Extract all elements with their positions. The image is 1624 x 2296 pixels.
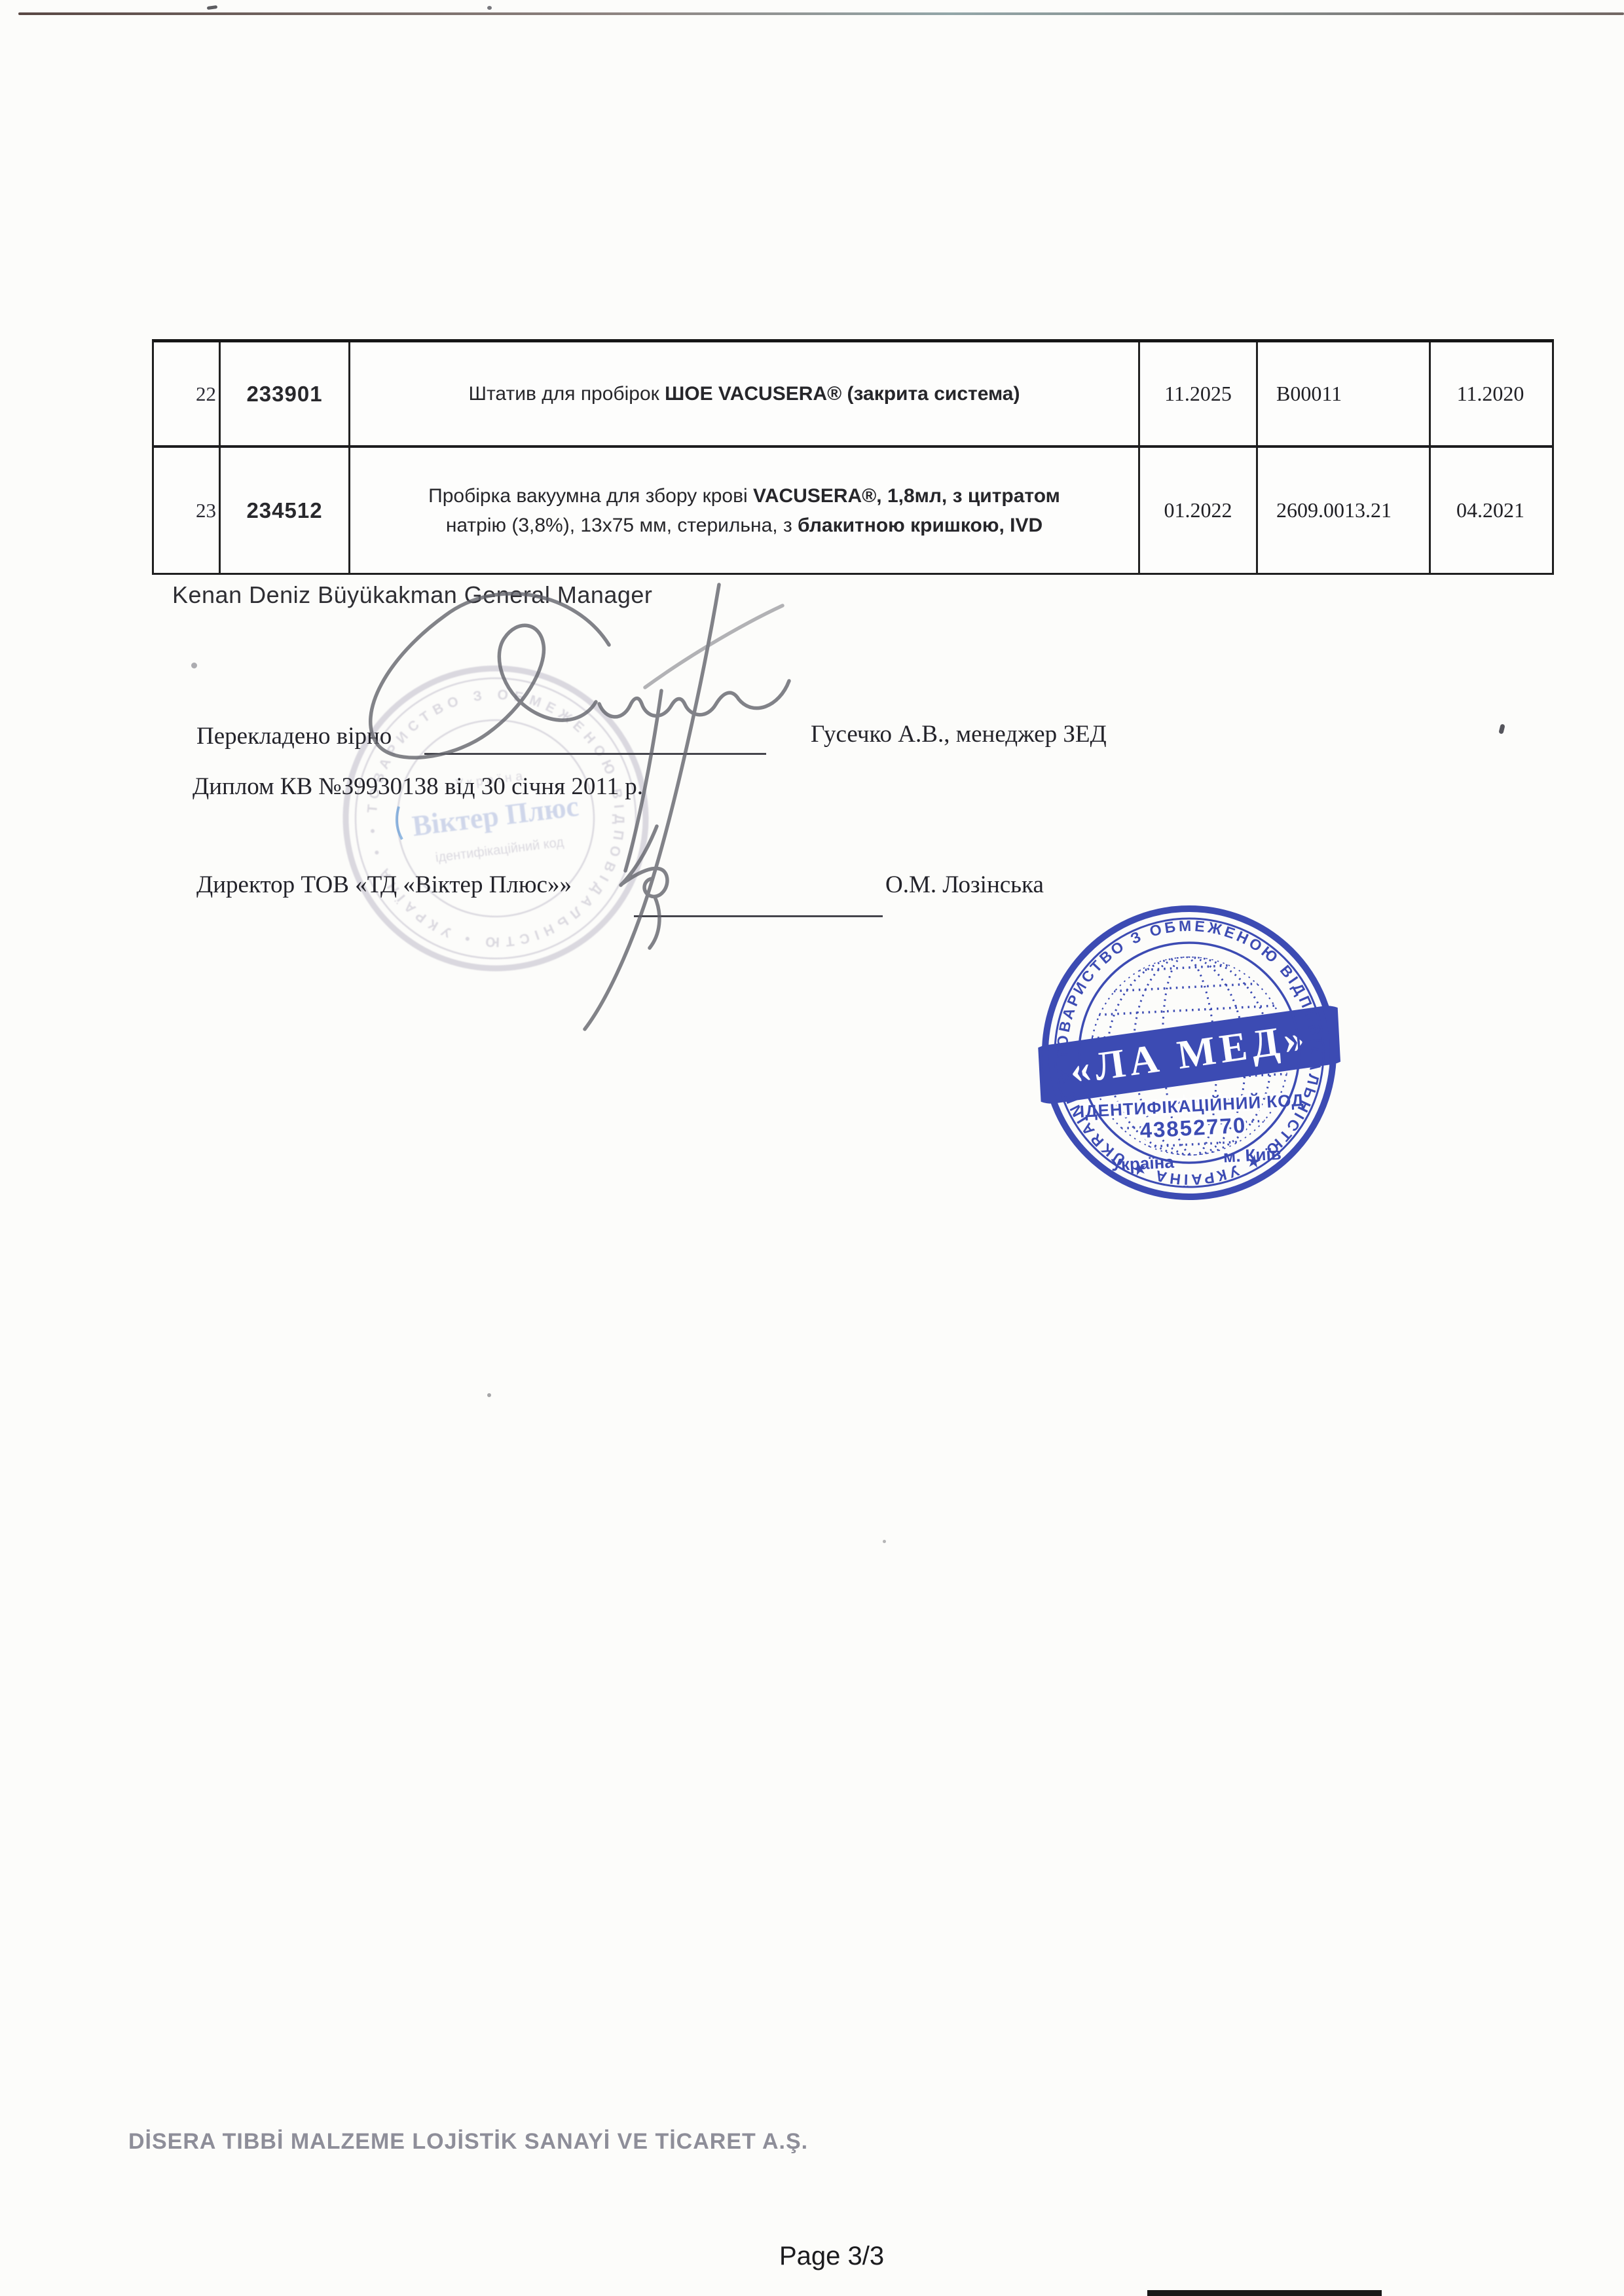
description-line: Пробірка вакуумна для збору крові VACUSE… bbox=[428, 481, 1060, 511]
expiry-date-cell: 11.2025 bbox=[1140, 342, 1258, 445]
scan-speck bbox=[1498, 723, 1505, 734]
scan-bottom-bar bbox=[1147, 2290, 1382, 2296]
translator-signature-line bbox=[424, 728, 766, 755]
production-date-cell: 04.2021 bbox=[1431, 448, 1550, 573]
scan-speck bbox=[883, 1540, 886, 1543]
row-number-cell: 22 bbox=[154, 342, 221, 445]
vikter-plus-faint-stamp: • ТОВАРИСТВО З ОБМЕЖЕНОЮ ВІДПОВІДАЛЬНІСТ… bbox=[317, 640, 674, 997]
expiry-date-cell: 01.2022 bbox=[1140, 448, 1258, 573]
scanned-document-page: 22 233901 Штатив для пробірок ШОЕ VACUSE… bbox=[0, 0, 1624, 2296]
director-name: О.М. Лозінська bbox=[885, 871, 1044, 899]
product-code-cell: 234512 bbox=[221, 448, 350, 573]
general-manager-line: Kenan Deniz Büyükakman General Manager bbox=[172, 581, 652, 609]
description-cell: Пробірка вакуумна для збору крові VACUSE… bbox=[350, 448, 1140, 573]
description-cell: Штатив для пробірок ШОЕ VACUSERA® (закри… bbox=[350, 342, 1140, 445]
scan-speck bbox=[487, 6, 492, 10]
description-line: Штатив для пробірок ШОЕ VACUSERA® (закри… bbox=[469, 379, 1020, 409]
diploma-line: Диплом КВ №39930138 від 30 січня 2011 р. bbox=[193, 773, 643, 801]
row-number-cell: 23 bbox=[154, 448, 221, 573]
scan-speck bbox=[207, 5, 218, 10]
vikter-sub-text: ідентифікаційний код bbox=[435, 835, 565, 866]
la-med-stamp: ІДЕНТИФІКАЦІЙНИЙ КОД 43852770 Україна м.… bbox=[1031, 894, 1347, 1211]
signature-arc bbox=[645, 606, 783, 687]
translated-correctly-label: Перекладено вірно bbox=[196, 722, 392, 750]
stamp-id-code: 43852770 bbox=[1139, 1113, 1247, 1142]
production-date-cell: 11.2020 bbox=[1431, 342, 1550, 445]
table-row: 22 233901 Штатив для пробірок ШОЕ VACUSE… bbox=[154, 342, 1552, 448]
director-signature-line bbox=[634, 889, 883, 917]
scan-edge-line bbox=[18, 12, 1624, 15]
description-line: натрію (3,8%), 13х75 мм, стерильна, з бл… bbox=[446, 511, 1043, 540]
page-number-label: Page 3/3 bbox=[779, 2242, 884, 2271]
company-footer-line: DİSERA TIBBİ MALZEME LOJİSTİK SANAYİ VE … bbox=[128, 2129, 808, 2155]
director-label: Директор ТОВ «ТД «Віктер Плюс»» bbox=[196, 871, 572, 899]
translator-name: Гусечко А.В., менеджер ЗЕД bbox=[811, 720, 1107, 748]
lot-number-cell: B00011 bbox=[1258, 342, 1431, 445]
lot-number-cell: 2609.0013.21 bbox=[1258, 448, 1431, 573]
table-row: 23 234512 Пробірка вакуумна для збору кр… bbox=[154, 448, 1552, 573]
scan-speck bbox=[191, 663, 197, 668]
goods-table: 22 233901 Штатив для пробірок ШОЕ VACUSE… bbox=[152, 339, 1554, 575]
scan-speck bbox=[487, 1393, 491, 1397]
product-code-cell: 233901 bbox=[221, 342, 350, 445]
